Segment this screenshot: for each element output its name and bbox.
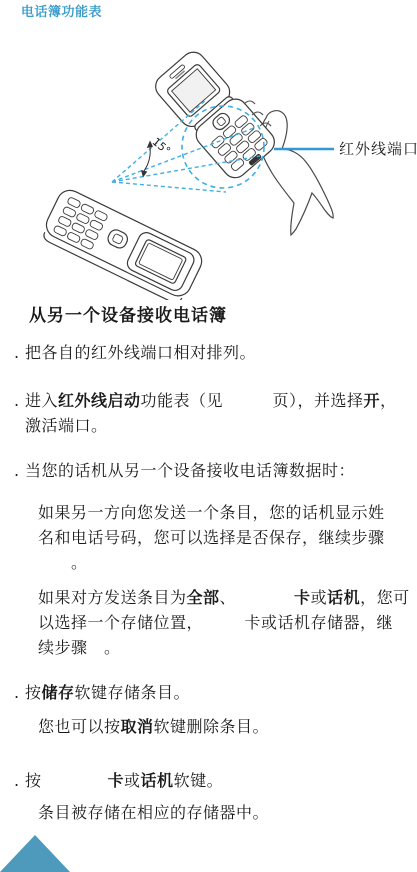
step-text: 把各自的红外线端口相对排列。 (25, 340, 256, 365)
step-marker: . (14, 680, 25, 705)
infrared-port-label: 红外线端口 (339, 140, 417, 158)
manual-page: 电话簿功能表 (0, 0, 417, 872)
angle-label: 15° (150, 135, 173, 157)
top-phone-illustration (150, 50, 279, 183)
step-item-4: . 按储存软键存储条目。 (14, 680, 190, 705)
step-text: 当您的话机从另一个设备接收电话簿数据时： (25, 458, 355, 483)
step-text: 进入红外线启动功能表（见 页），并选择开， 激活端口。 (25, 388, 397, 438)
step-item-5: . 按 卡或话机软键。 (14, 768, 223, 793)
page-corner-triangle (0, 835, 70, 872)
page-header-title: 电话簿功能表 (21, 1, 102, 20)
step-marker: . (14, 768, 25, 793)
step-item-1: . 把各自的红外线端口相对排列。 (14, 340, 256, 365)
step-item-2: . 进入红外线启动功能表（见 页），并选择开， 激活端口。 (14, 388, 397, 438)
step-marker: . (14, 458, 25, 483)
paragraph-single-entry: 如果另一方向您发送一个条目，您的话机显示姓 名和电话号码，您可以选择是否保存，继… (38, 500, 385, 575)
paragraph-stored: 条目被存储在相应的存储器中。 (38, 800, 269, 825)
bottom-phone-illustration (39, 186, 206, 300)
step-marker: . (14, 340, 25, 365)
infrared-transfer-illustration: 15° 红外线端口 (0, 50, 417, 300)
step-item-3: . 当您的话机从另一个设备接收电话簿数据时： (14, 458, 355, 483)
paragraph-all-entries: 如果对方发送条目为全部、 卡或话机，您可 以选择一个存储位置， 卡或话机存储器，… (38, 585, 410, 660)
paragraph-cancel: 您也可以按取消软键删除条目。 (38, 714, 269, 739)
section-heading: 从另一个设备接收电话簿 (29, 301, 227, 326)
step-text: 按储存软键存储条目。 (25, 680, 190, 705)
hand-illustration (260, 111, 333, 235)
angle-arc: 15° (141, 135, 173, 177)
step-marker: . (14, 388, 25, 438)
step-text: 按 卡或话机软键。 (25, 768, 223, 793)
